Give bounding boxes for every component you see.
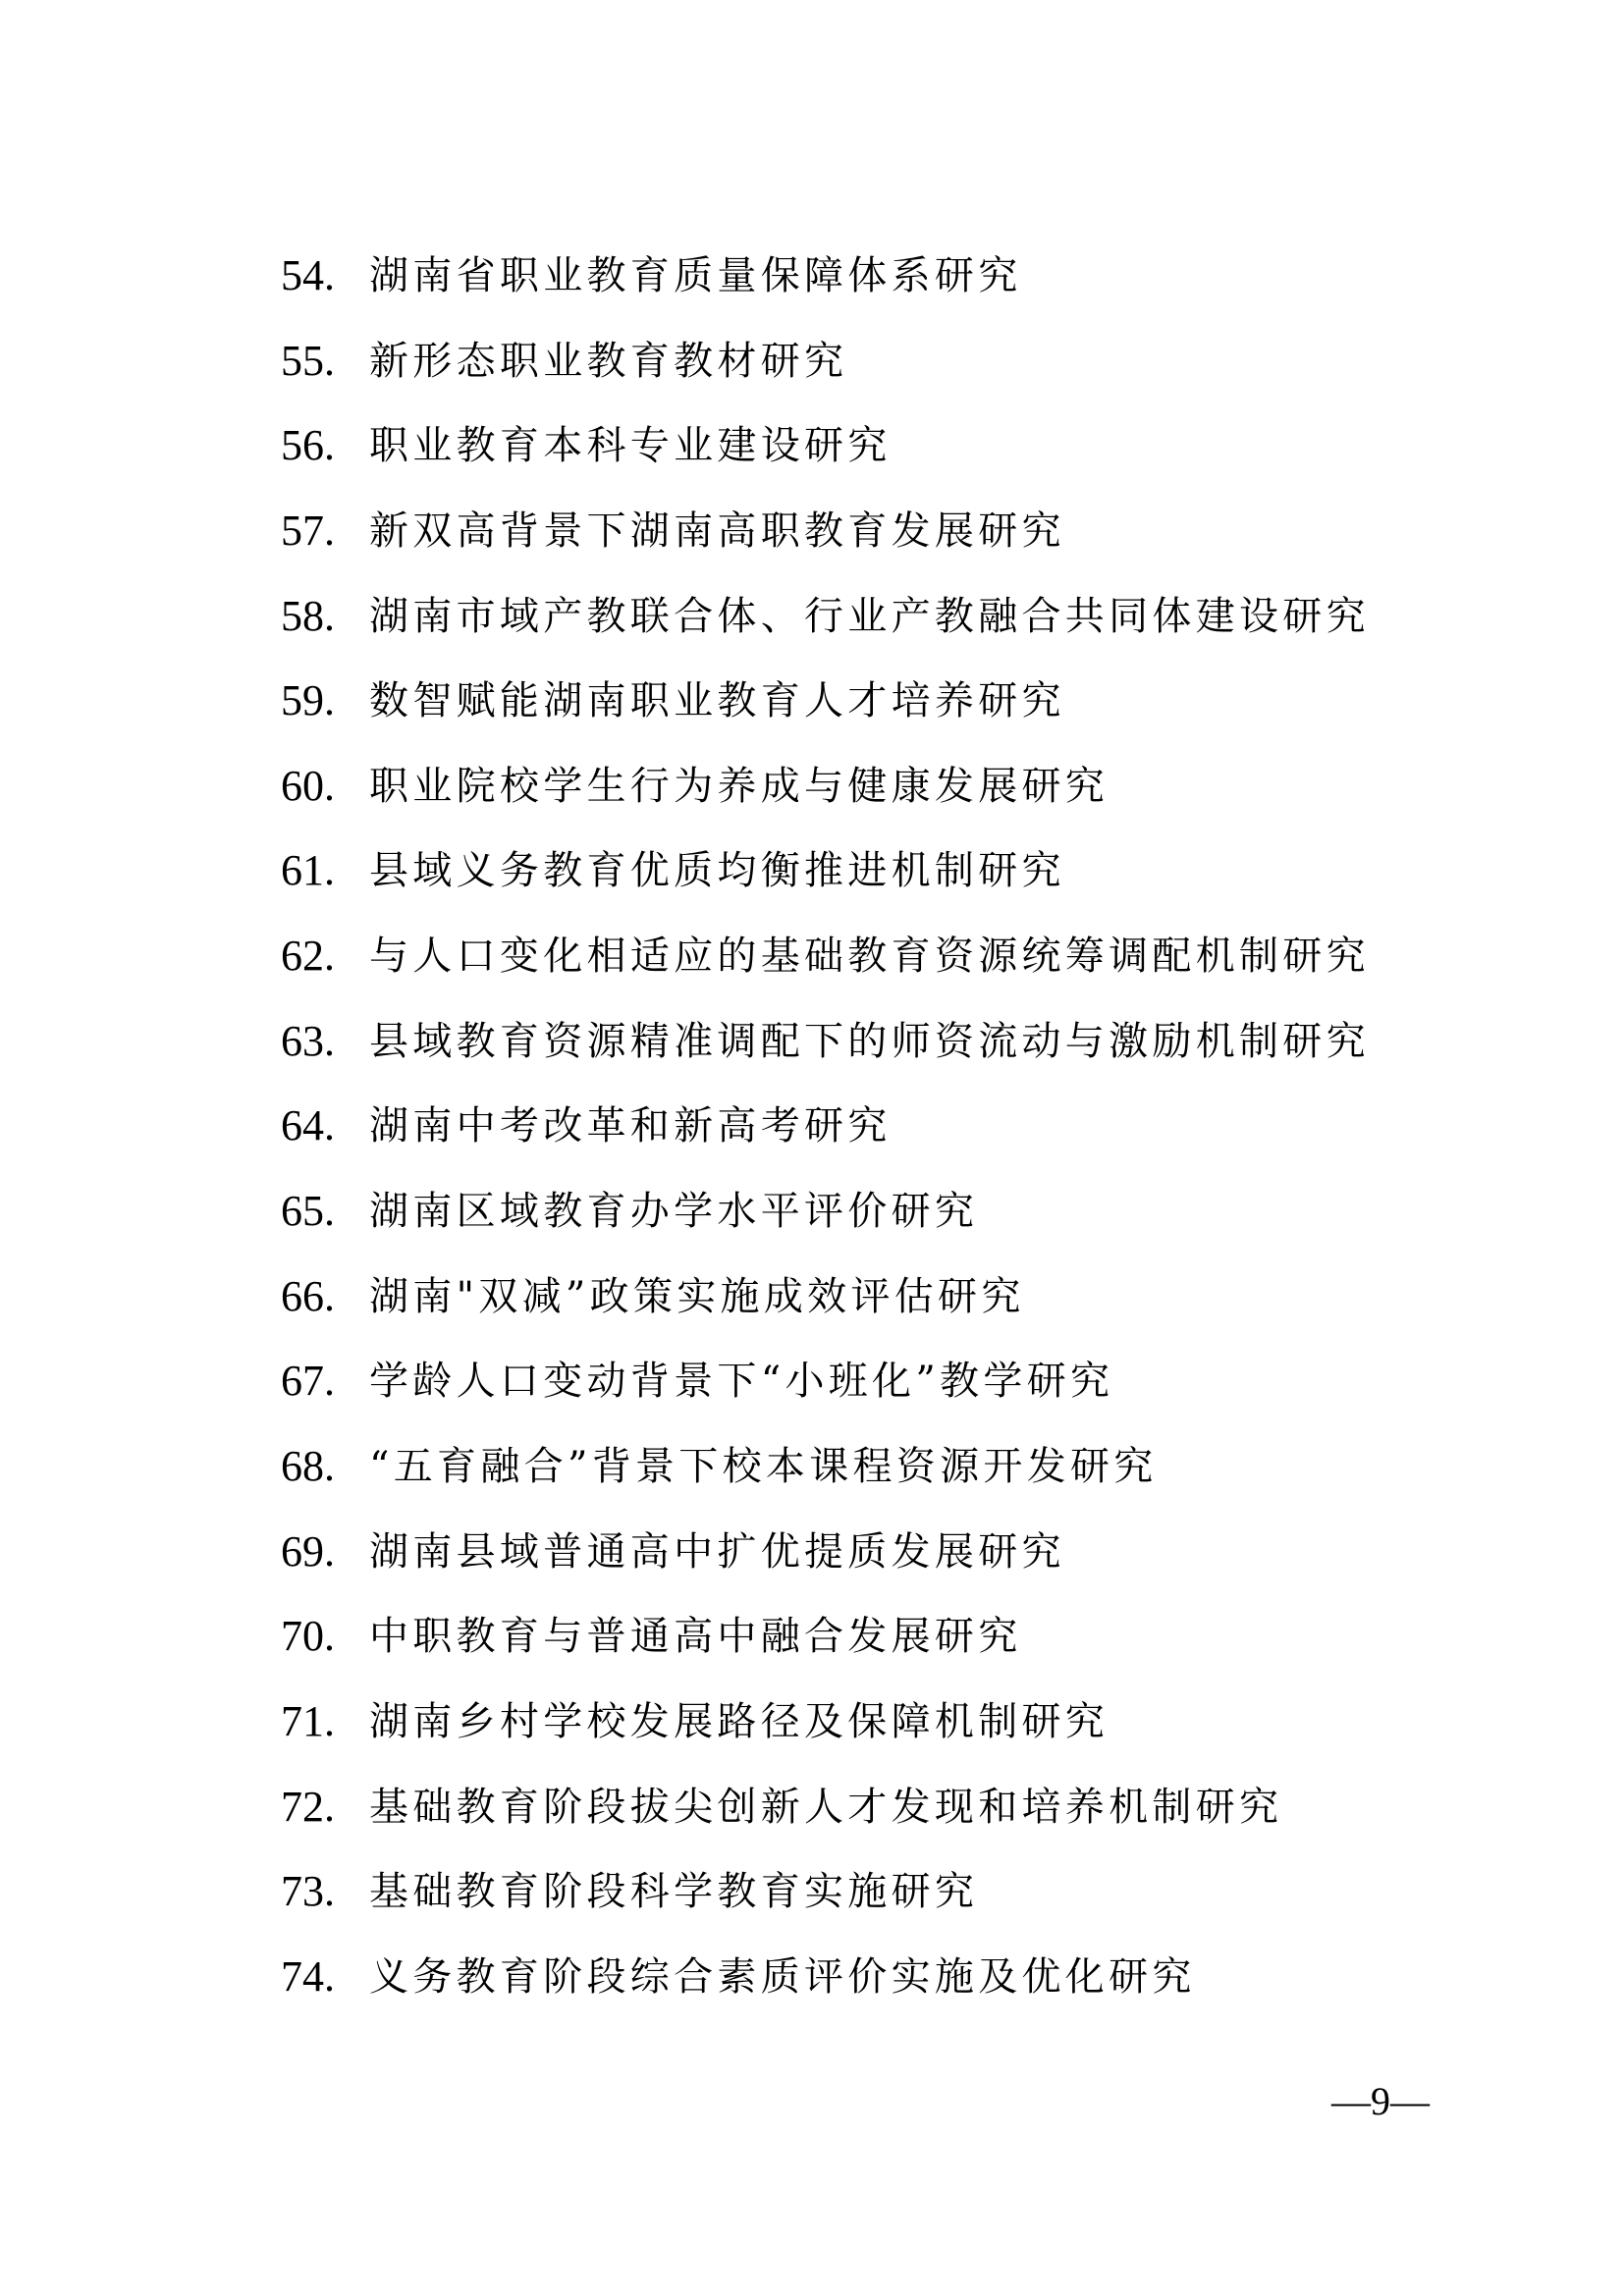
list-item: 69.湖南县域普通高中扩优提质发展研究 — [281, 1510, 1370, 1595]
item-number: 62. — [281, 914, 369, 999]
item-number: 58. — [281, 574, 369, 660]
item-text: 湖南区域教育办学水平评价研究 — [369, 1169, 978, 1255]
list-item: 66.湖南"双减”政策实施成效评估研究 — [281, 1255, 1370, 1340]
item-number: 69. — [281, 1510, 369, 1595]
item-number: 55. — [281, 319, 369, 404]
item-number: 57. — [281, 489, 369, 574]
item-number: 59. — [281, 659, 369, 744]
item-number: 64. — [281, 1084, 369, 1169]
list-item: 72.基础教育阶段拔尖创新人才发现和培养机制研究 — [281, 1765, 1370, 1850]
list-item: 74.义务教育阶段综合素质评价实施及优化研究 — [281, 1935, 1370, 2020]
list-item: 71.湖南乡村学校发展路径及保障机制研究 — [281, 1680, 1370, 1765]
list-item: 67.学龄人口变动背景下“小班化”教学研究 — [281, 1339, 1370, 1424]
item-text: 学龄人口变动背景下“小班化”教学研究 — [369, 1339, 1113, 1424]
item-number: 74. — [281, 1935, 369, 2020]
list-item: 70.中职教育与普通高中融合发展研究 — [281, 1594, 1370, 1680]
item-text: 与人口变化相适应的基础教育资源统筹调配机制研究 — [369, 914, 1370, 999]
item-text: 数智赋能湖南职业教育人才培养研究 — [369, 659, 1065, 744]
item-number: 63. — [281, 999, 369, 1085]
list-item: 63.县域教育资源精准调配下的师资流动与激励机制研究 — [281, 999, 1370, 1085]
list-item: 60.职业院校学生行为养成与健康发展研究 — [281, 744, 1370, 829]
page-number: —9— — [1331, 2077, 1430, 2126]
item-text: 职业教育本科专业建设研究 — [369, 403, 892, 489]
list-item: 56.职业教育本科专业建设研究 — [281, 403, 1370, 489]
item-text: 县域义务教育优质均衡推进机制研究 — [369, 828, 1065, 914]
list-item: 68.“五育融合”背景下校本课程资源开发研究 — [281, 1424, 1370, 1510]
item-text: 新双高背景下湖南高职教育发展研究 — [369, 489, 1065, 574]
item-text: 湖南乡村学校发展路径及保障机制研究 — [369, 1680, 1109, 1765]
list-item: 65.湖南区域教育办学水平评价研究 — [281, 1169, 1370, 1255]
research-topic-list: 54.湖南省职业教育质量保障体系研究 55.新形态职业教育教材研究 56.职业教… — [281, 234, 1370, 2019]
item-number: 70. — [281, 1594, 369, 1680]
item-text: 湖南省职业教育质量保障体系研究 — [369, 234, 1022, 319]
item-number: 65. — [281, 1169, 369, 1255]
item-number: 71. — [281, 1680, 369, 1765]
item-text: 县域教育资源精准调配下的师资流动与激励机制研究 — [369, 999, 1370, 1085]
item-number: 73. — [281, 1849, 369, 1935]
list-item: 64.湖南中考改革和新高考研究 — [281, 1084, 1370, 1169]
item-number: 61. — [281, 828, 369, 914]
list-item: 54.湖南省职业教育质量保障体系研究 — [281, 234, 1370, 319]
item-text: 义务教育阶段综合素质评价实施及优化研究 — [369, 1935, 1196, 2020]
item-text: 中职教育与普通高中融合发展研究 — [369, 1594, 1022, 1680]
list-item: 73.基础教育阶段科学教育实施研究 — [281, 1849, 1370, 1935]
item-text: “五育融合”背景下校本课程资源开发研究 — [369, 1424, 1158, 1510]
item-text: 湖南"双减”政策实施成效评估研究 — [369, 1255, 1025, 1340]
item-text: 新形态职业教育教材研究 — [369, 319, 847, 404]
item-number: 56. — [281, 403, 369, 489]
item-text: 湖南中考改革和新高考研究 — [369, 1084, 892, 1169]
item-number: 68. — [281, 1424, 369, 1510]
item-number: 54. — [281, 234, 369, 319]
list-item: 57.新双高背景下湖南高职教育发展研究 — [281, 489, 1370, 574]
item-text: 湖南市域产教联合体、行业产教融合共同体建设研究 — [369, 574, 1370, 660]
item-number: 72. — [281, 1765, 369, 1850]
list-item: 61.县域义务教育优质均衡推进机制研究 — [281, 828, 1370, 914]
item-number: 66. — [281, 1255, 369, 1340]
item-text: 职业院校学生行为养成与健康发展研究 — [369, 744, 1109, 829]
item-text: 基础教育阶段科学教育实施研究 — [369, 1849, 978, 1935]
list-item: 58.湖南市域产教联合体、行业产教融合共同体建设研究 — [281, 574, 1370, 660]
list-item: 59.数智赋能湖南职业教育人才培养研究 — [281, 659, 1370, 744]
item-number: 67. — [281, 1339, 369, 1424]
item-text: 基础教育阶段拔尖创新人才发现和培养机制研究 — [369, 1765, 1282, 1850]
document-page: 54.湖南省职业教育质量保障体系研究 55.新形态职业教育教材研究 56.职业教… — [0, 0, 1624, 2296]
item-number: 60. — [281, 744, 369, 829]
list-item: 62.与人口变化相适应的基础教育资源统筹调配机制研究 — [281, 914, 1370, 999]
list-item: 55.新形态职业教育教材研究 — [281, 319, 1370, 404]
item-text: 湖南县域普通高中扩优提质发展研究 — [369, 1510, 1065, 1595]
